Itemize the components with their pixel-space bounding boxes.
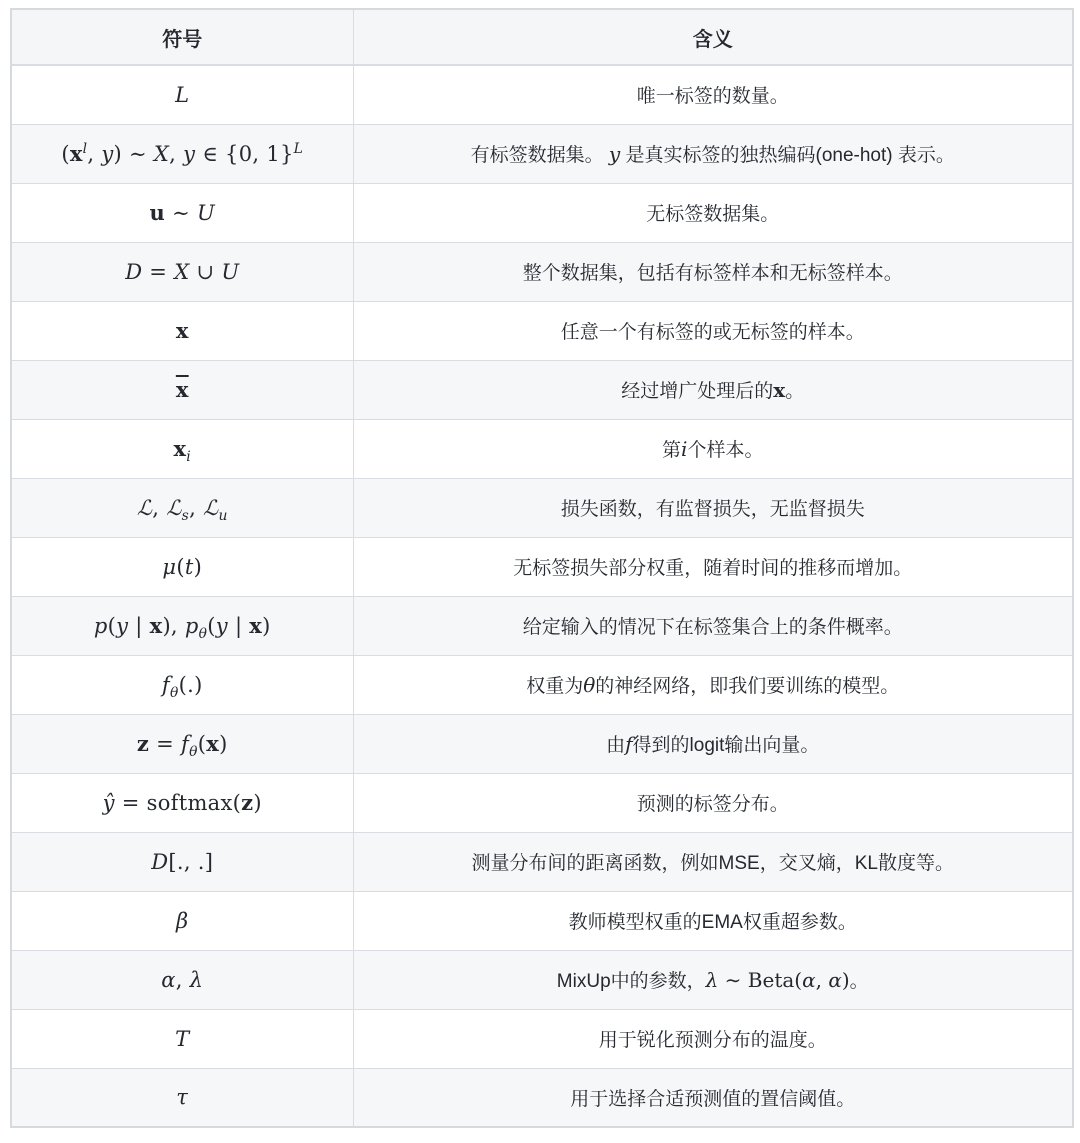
meaning-cell: 用于锐化预测分布的温度。	[353, 1009, 1073, 1068]
meaning-cell: 权重为θ的神经网络，即我们要训练的模型。	[353, 655, 1073, 714]
symbol-cell: L	[11, 65, 353, 124]
meaning-cell: 损失函数，有监督损失，无监督损失	[353, 478, 1073, 537]
meaning-cell: 无标签数据集。	[353, 183, 1073, 242]
meaning-cell: 由f得到的logit输出向量。	[353, 714, 1073, 773]
table-row: z = fθ(x)由f得到的logit输出向量。	[11, 714, 1073, 773]
meaning-cell: 用于选择合适预测值的置信阈值。	[353, 1068, 1073, 1127]
symbol-cell: α, λ	[11, 950, 353, 1009]
symbol-cell: μ(t)	[11, 537, 353, 596]
symbol-cell: τ	[11, 1068, 353, 1127]
table-row: x经过增广处理后的x。	[11, 360, 1073, 419]
table-row: xi第i个样本。	[11, 419, 1073, 478]
symbol-cell: β	[11, 891, 353, 950]
table-row: p(y | x), pθ(y | x)给定输入的情况下在标签集合上的条件概率。	[11, 596, 1073, 655]
header-row: 符号 含义	[11, 9, 1073, 65]
table-row: x任意一个有标签的或无标签的样本。	[11, 301, 1073, 360]
symbol-cell: p(y | x), pθ(y | x)	[11, 596, 353, 655]
table-row: L唯一标签的数量。	[11, 65, 1073, 124]
meaning-cell: 任意一个有标签的或无标签的样本。	[353, 301, 1073, 360]
table-row: β教师模型权重的EMA权重超参数。	[11, 891, 1073, 950]
symbol-cell: u ∼ U	[11, 183, 353, 242]
meaning-cell: MixUp中的参数，λ ∼ Beta(α, α)。	[353, 950, 1073, 1009]
table-row: (xl, y) ∼ X, y ∈ {0, 1}L有标签数据集。 y 是真实标签的…	[11, 124, 1073, 183]
page: 符号 含义 L唯一标签的数量。(xl, y) ∼ X, y ∈ {0, 1}L有…	[0, 0, 1080, 1143]
table-row: μ(t)无标签损失部分权重，随着时间的推移而增加。	[11, 537, 1073, 596]
symbol-cell: D[., .]	[11, 832, 353, 891]
symbol-cell: ℒ, ℒs, ℒu	[11, 478, 353, 537]
symbol-cell: D = X ∪ U	[11, 242, 353, 301]
table-header: 符号 含义	[11, 9, 1073, 65]
notation-table: 符号 含义 L唯一标签的数量。(xl, y) ∼ X, y ∈ {0, 1}L有…	[10, 8, 1074, 1128]
table-row: α, λMixUp中的参数，λ ∼ Beta(α, α)。	[11, 950, 1073, 1009]
symbol-cell: xi	[11, 419, 353, 478]
symbol-cell: x	[11, 301, 353, 360]
symbol-cell: ŷ = softmax(z)	[11, 773, 353, 832]
table-row: ŷ = softmax(z)预测的标签分布。	[11, 773, 1073, 832]
header-cell-symbol: 符号	[11, 9, 353, 65]
meaning-cell: 唯一标签的数量。	[353, 65, 1073, 124]
symbol-cell: z = fθ(x)	[11, 714, 353, 773]
meaning-cell: 测量分布间的距离函数，例如MSE，交叉熵，KL散度等。	[353, 832, 1073, 891]
meaning-cell: 无标签损失部分权重，随着时间的推移而增加。	[353, 537, 1073, 596]
meaning-cell: 有标签数据集。 y 是真实标签的独热编码(one-hot) 表示。	[353, 124, 1073, 183]
table-row: T用于锐化预测分布的温度。	[11, 1009, 1073, 1068]
meaning-cell: 整个数据集，包括有标签样本和无标签样本。	[353, 242, 1073, 301]
table-body: L唯一标签的数量。(xl, y) ∼ X, y ∈ {0, 1}L有标签数据集。…	[11, 65, 1073, 1127]
table-row: τ用于选择合适预测值的置信阈值。	[11, 1068, 1073, 1127]
header-cell-meaning: 含义	[353, 9, 1073, 65]
meaning-cell: 第i个样本。	[353, 419, 1073, 478]
symbol-cell: (xl, y) ∼ X, y ∈ {0, 1}L	[11, 124, 353, 183]
meaning-cell: 给定输入的情况下在标签集合上的条件概率。	[353, 596, 1073, 655]
table-row: D[., .]测量分布间的距离函数，例如MSE，交叉熵，KL散度等。	[11, 832, 1073, 891]
table-row: fθ(.)权重为θ的神经网络，即我们要训练的模型。	[11, 655, 1073, 714]
symbol-cell: fθ(.)	[11, 655, 353, 714]
meaning-cell: 经过增广处理后的x。	[353, 360, 1073, 419]
table-row: u ∼ U无标签数据集。	[11, 183, 1073, 242]
meaning-cell: 教师模型权重的EMA权重超参数。	[353, 891, 1073, 950]
table-row: D = X ∪ U整个数据集，包括有标签样本和无标签样本。	[11, 242, 1073, 301]
table-row: ℒ, ℒs, ℒu损失函数，有监督损失，无监督损失	[11, 478, 1073, 537]
symbol-cell: x	[11, 360, 353, 419]
meaning-cell: 预测的标签分布。	[353, 773, 1073, 832]
symbol-cell: T	[11, 1009, 353, 1068]
